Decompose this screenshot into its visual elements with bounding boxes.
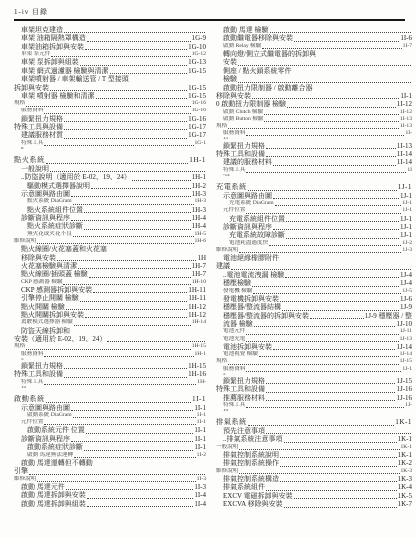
toc-entry: 鎖緊扭力規格1I-13	[216, 142, 412, 150]
document-page: 1-iv 目錄 車架坦克建造車架 油箱隔熱罩構造1G-9車架油箱拆卸與安裝1G-…	[0, 0, 416, 538]
toc-entry: 車架 噴射器 檢驗和清潔1G-15	[14, 92, 206, 100]
toc-entry-title: 車架 泵拆卸與組裝	[21, 58, 79, 66]
toc-entry-title: 特殊工具與設備	[14, 123, 63, 131]
toc-entry-title: 引擎停止開關 檢驗	[21, 294, 79, 302]
toc-entry: 無火花或火花不良1H-5	[14, 231, 206, 238]
dot-leader	[284, 442, 397, 443]
toc-page-number: 1I-13	[400, 123, 412, 130]
toc-entry: 流器 檢驗1J-10	[216, 320, 412, 328]
toc-page-number: 1H-5	[195, 231, 207, 238]
toc-page-number: 1H-15	[188, 362, 206, 370]
toc-entry: 啟動系統 DiaGram1I-1	[14, 412, 206, 419]
toc-entry-title: 推薦服務材料	[223, 394, 265, 402]
toc-entry: 車架 泵元件1G-12	[14, 51, 206, 58]
toc-entry: 維修說明1H-6	[14, 238, 206, 245]
toc-entry: 特殊工具與設備1G-17	[14, 123, 206, 131]
dot-leader	[238, 65, 411, 66]
toc-entry: 元件位置1J-1	[216, 207, 412, 214]
toc-entry-title: 車架 噴射器 檢驗和清潔	[21, 92, 95, 100]
dot-leader	[87, 506, 194, 507]
toc-column-right: 啟動 馬達 檢驗啟動繼電器移除與安裝1I-6啟動 Relay 檢驗1I-7轉向燈…	[216, 26, 412, 509]
toc-entry-title: 穩壓檢驗	[223, 279, 251, 287]
dot-leader	[310, 318, 364, 319]
toc-wrap-fragment: 16	[14, 386, 206, 390]
dot-leader	[51, 56, 190, 57]
toc-entry-title: ..電池電流洩漏 檢驗	[223, 271, 284, 279]
toc-entry-title: 車架油箱拆卸與安裝	[21, 43, 84, 51]
toc-entry-title: -14	[223, 174, 230, 178]
dot-leader	[246, 334, 398, 335]
toc-entry-title: 啟動 Button 檢驗	[223, 116, 263, 123]
dot-leader	[252, 98, 399, 99]
toc-page-number: 1K-3	[401, 468, 413, 475]
toc-entry: 充電系統故障診斷1J-1	[216, 231, 412, 239]
toc-entry-title: 服務資料	[21, 108, 43, 115]
toc-entry-title: EXCV 電磁拆卸與安裝	[223, 492, 293, 500]
toc-entry: 元件位置1I-1	[14, 419, 206, 426]
toc-entry-title: 特殊工具和設備	[14, 370, 63, 378]
toc-page-number: 1H-1	[195, 351, 207, 358]
toc-page-number: 1H-16	[188, 370, 206, 378]
toc-page-number: 1J-1	[402, 200, 412, 207]
toc-entry: 點火線圈/火花塞蓋和火花塞	[14, 245, 206, 253]
toc-entry-title: 規格	[14, 100, 25, 107]
toc-page-number: 1J-1	[398, 183, 412, 192]
toc-entry-title: 啟動 馬達運轉但不轉動	[21, 459, 93, 467]
toc-entry: 車架 泵拆卸與組裝1G-13	[14, 58, 206, 66]
toc-entry: 啟動 馬達元件1I-3	[14, 483, 206, 491]
toc-entry-title: 啟動 馬達無法運轉	[27, 452, 73, 459]
toc-entry: 推薦服務材料1J-16	[216, 394, 412, 402]
toc-entry-title: 移除與安裝	[21, 254, 56, 262]
toc-page-number: 1H-15	[192, 343, 206, 350]
dot-leader	[64, 368, 187, 369]
toc-entry: 特殊工具和設備1J-16	[216, 385, 412, 393]
toc-page-number: 1H-7	[192, 262, 206, 270]
toc-entry-title: 啟動系統 DiaGram	[27, 412, 72, 419]
toc-entry-title: 服務資料	[223, 130, 245, 137]
toc-entry-title: 充電系統 DiaGram	[229, 200, 274, 207]
toc-entry-title: 診斷資訊與程序	[21, 435, 70, 443]
toc-page-number: 1H	[197, 254, 206, 262]
toc-page-number: 1I-1	[197, 419, 206, 426]
toc-entry-title: 無火花或火花不良	[27, 231, 72, 238]
toc-page-number: 1G-12	[192, 51, 206, 58]
toc-entry: 一般說明1K-1	[216, 444, 412, 451]
toc-entry-title: 16	[223, 409, 228, 413]
toc-entry: 啟動系統症狀診斷1I-1	[14, 443, 206, 451]
dot-leader	[84, 450, 193, 451]
toc-entry: 轉向燈/側立式繼電器的拆卸與	[216, 50, 412, 58]
dot-leader	[246, 371, 401, 372]
toc-entry: 點火系統組件位置1H-3	[14, 206, 206, 214]
toc-entry-title: 點火開關 檢驗	[21, 303, 65, 311]
toc-entry-title: 鎖緊扭力規格	[223, 142, 265, 150]
toc-entry: 引擎	[14, 467, 206, 475]
dot-leader	[71, 220, 191, 221]
toc-entry: EXCV 電磁拆卸與安裝1K-5	[216, 492, 412, 500]
dot-leader	[253, 293, 401, 294]
toc-entry-title: 移除與安裝	[216, 92, 251, 100]
toc-entry-title: 車架坦克建造	[21, 26, 63, 34]
dot-leader	[228, 128, 399, 129]
dot-leader	[273, 165, 396, 166]
dot-leader	[280, 481, 397, 482]
toc-entry: 點火開關 檢驗1H-12	[14, 303, 206, 311]
dot-leader	[74, 325, 191, 326]
dot-leader	[44, 424, 195, 425]
toc-page-number: 1K-5	[398, 492, 412, 500]
toc-entry: 維修說明1K-3	[216, 468, 412, 475]
toc-entry: 規格1G-16	[14, 100, 206, 107]
dot-leader	[44, 145, 193, 146]
toc-entry-title: EXCVA 移除與安裝	[223, 500, 283, 508]
toc-entry: 啟動 馬達拆卸與安裝1I-4	[14, 491, 206, 499]
toc-entry: 鎖緊扭力規格1H-15	[14, 362, 206, 370]
toc-entry: 車架坦克建造	[14, 26, 206, 34]
toc-page-number: 1I-14	[397, 158, 412, 166]
toc-entry: 建議	[216, 262, 412, 270]
dot-leader	[84, 212, 191, 213]
dot-leader	[73, 417, 196, 418]
toc-entry: 車架油箱拆卸與安裝1G-10	[14, 43, 206, 51]
toc-entry-title: 車架 油箱隔熱罩構造	[21, 34, 86, 42]
dot-leader	[228, 364, 398, 365]
toc-entry-title: 啟動系統	[14, 395, 45, 404]
toc-page-number: 1I-12	[400, 109, 412, 116]
toc-entry: 車架 油箱隔熱罩構造1G-9	[14, 34, 206, 42]
toc-page-number: 1H-10	[192, 279, 206, 286]
toc-entry: 檢驗	[216, 75, 412, 83]
toc-page-number: 1G-16	[188, 115, 206, 123]
toc-entry-title: 車架噴射器 / 車架輸送管 / T 型接頭	[21, 75, 129, 83]
toc-page-number: 1I	[407, 167, 412, 174]
toc-entry-title: 啟動 馬達拆卸與安裝	[21, 491, 86, 499]
toc-entry-title: 特殊工具	[21, 379, 43, 386]
toc-entry: 規格1I-13	[216, 123, 412, 130]
toc-entry-title: 側座 / 點火鎖系統零件	[223, 67, 291, 75]
toc-entry: 示意圖與路由圖1H-3	[14, 190, 206, 198]
toc-entry-title: 啟動 馬達元件	[21, 483, 65, 491]
toc-entry-title: 電池絕緣橡膠附件	[223, 254, 279, 262]
toc-entry: 啟動系統元件 位置1I-1	[14, 426, 206, 434]
dot-leader	[84, 229, 191, 230]
toc-entry: 移除與安裝1I-1	[216, 92, 412, 100]
toc-entry-title: 排氣控制系統構造	[223, 475, 279, 483]
dot-leader	[85, 49, 187, 50]
toc-entry-title: 維修說明	[14, 476, 36, 483]
toc-page-number: 1J-	[405, 402, 412, 409]
toc-entry-title: 啟動系統元件 位置	[27, 426, 85, 434]
toc-entry-title: 元件位置	[223, 207, 245, 214]
toc-page-number: 1H-14	[192, 319, 206, 326]
dot-leader	[294, 498, 397, 499]
toc-entry: 特殊工具1J-	[216, 402, 412, 409]
toc-entry: 穩壓器/整流器結構1J-9	[216, 303, 412, 311]
toc-entry: 規格1J-15	[216, 358, 412, 365]
toc-entry: 充電系統 DiaGram1J-1	[216, 200, 412, 207]
dot-leader	[37, 481, 195, 482]
toc-entry-title: 特殊工具	[223, 167, 245, 174]
dot-leader	[273, 349, 395, 350]
dot-leader	[87, 498, 194, 499]
toc-entry: 特殊工具和設備1I-14	[216, 150, 412, 158]
toc-entry: 充電系統組件位置1J-1	[216, 215, 412, 223]
toc-page-number: 1G-17	[188, 131, 206, 139]
toc-entry: 服務資料1J-1	[216, 366, 412, 373]
toc-entry-title: 流器 檢驗	[223, 320, 253, 328]
dot-leader	[85, 317, 187, 318]
toc-entry-title: 16	[21, 386, 26, 390]
dot-leader	[246, 341, 398, 342]
toc-entry-title: 元件位置	[21, 419, 43, 426]
dot-leader	[286, 221, 399, 222]
dot-leader	[239, 252, 401, 253]
dot-leader	[89, 277, 191, 278]
toc-page-number: 1J-9 穩壓器 / 整	[365, 312, 412, 320]
toc-entry: 啟動繼電器移除與安裝1I-6	[216, 34, 412, 42]
toc-entry-title: 鎖緊扭力規格	[21, 115, 63, 123]
dot-leader	[71, 441, 193, 442]
toc-page-number: 1J-9	[400, 303, 412, 311]
dot-leader	[26, 349, 191, 350]
dot-leader	[266, 383, 395, 384]
toc-entry: 穩壓檢驗1J-4	[216, 279, 412, 287]
toc-entry-title: 電池充電	[223, 336, 245, 343]
toc-page-number: 1I-1	[194, 426, 206, 434]
header-rule-divider	[14, 19, 405, 21]
toc-entry-title: 點火系統	[14, 156, 45, 165]
toc-entry-title: 安裝	[223, 58, 237, 66]
toc-page-number: 1G-10	[188, 43, 206, 51]
toc-entry-title: 充電系統組件位置	[229, 215, 285, 223]
dot-leader	[96, 98, 188, 99]
dot-leader	[87, 41, 191, 42]
toc-entry-title: 發電機 檢驗	[223, 288, 252, 295]
toc-page-number: 1H-1	[189, 156, 206, 165]
toc-page-number: 1H-3	[195, 198, 207, 205]
toc-entry-title: 啟動 Clutch 檢驗	[223, 109, 263, 116]
toc-entry-title: 建議服務材質	[21, 131, 63, 139]
toc-entry-title: 轉向燈/側立式繼電器的拆卸與	[223, 50, 316, 58]
toc-page-number: 1J-2	[402, 240, 412, 247]
toc-page-number: 1H-1	[192, 173, 206, 181]
toc-entry: 駕駛模式選擇器 檢驗1H-14	[14, 319, 206, 326]
toc-page-number: 1I-13	[397, 142, 412, 150]
toc-page-number: 1J-4	[400, 271, 412, 279]
dot-leader	[80, 301, 188, 302]
toc-page-number: 1I-1	[400, 92, 412, 100]
dot-leader	[273, 229, 399, 230]
toc-entry-title: 排氣控制系統操作	[223, 459, 279, 467]
dot-leader	[286, 238, 399, 239]
toc-entry-title: 排氣控制系統說明	[223, 451, 279, 459]
toc-entry-title: 排氣系統組件	[223, 483, 265, 491]
toc-page-number: 1G-15	[188, 67, 206, 75]
dot-leader	[259, 356, 399, 357]
toc-page-number: 1H-12	[188, 311, 206, 319]
toc-entry-title: 一般說明	[21, 165, 49, 173]
dot-leader	[246, 213, 401, 214]
toc-entry-title: 點火系統組件位置	[27, 206, 83, 214]
toc-page-number: 1J-1	[402, 366, 412, 373]
toc-entry: 拆卸與安裝1G-15	[14, 84, 206, 92]
toc-entry-title: 電池耗盡過度快	[229, 240, 268, 247]
dot-leader	[64, 32, 205, 33]
dot-leader	[280, 457, 397, 458]
toc-entry: 防盜天線拆卸和	[14, 327, 206, 335]
toc-page-number: 1G-9	[192, 34, 206, 42]
toc-entry-title: 一般說明	[216, 444, 238, 451]
toc-entry-title: 充電系統故障診斷	[229, 231, 285, 239]
toc-page-number: 1J-15	[396, 377, 412, 385]
dot-leader	[44, 384, 196, 385]
dot-leader	[110, 73, 188, 74]
toc-entry-title: 特殊工具	[223, 402, 245, 409]
toc-page-number: 1I-6	[400, 34, 412, 42]
toc-entry-title: 診斷資訊與程序	[21, 214, 70, 222]
toc-entry-title: 鎖緊扭力規格	[21, 362, 63, 370]
toc-entry-title: 建議的服務材料	[223, 158, 272, 166]
toc-entry-title: 電池視覺 檢驗	[223, 351, 258, 358]
dot-leader	[270, 32, 412, 33]
toc-entry-title: 啟動 馬達拆卸與組裝	[21, 500, 86, 508]
dot-leader	[248, 425, 394, 426]
toc-entry-title: 啟動 Relay 檢驗	[223, 43, 261, 50]
toc-entry: 示意圖與路由圖1I-1	[14, 404, 206, 412]
toc-page-number: 1K-2	[398, 459, 412, 467]
dot-leader	[248, 190, 397, 191]
toc-page-number: 1I-1	[194, 404, 206, 412]
toc-page-number: 1J-15	[400, 358, 412, 365]
toc-section-header: 啟動系統1I-1	[14, 395, 206, 404]
dot-leader	[73, 236, 194, 237]
dot-leader	[239, 449, 399, 450]
toc-entry-title: 預先注意事項	[223, 427, 265, 435]
toc-page-number: 1I-14	[397, 150, 412, 158]
toc-page-number: 1G-15	[188, 84, 206, 92]
dot-leader	[71, 196, 191, 197]
toc-entry: 特殊工具1G-1	[14, 140, 206, 147]
toc-column-left: 車架坦克建造車架 油箱隔熱罩構造1G-9車架油箱拆卸與安裝1G-10車架 泵元件…	[14, 26, 206, 509]
toc-entry: EXCVA 移除與安裝1K-7	[216, 500, 412, 508]
toc-entry-title: 建議	[216, 262, 230, 270]
toc-page-number: 1K-4	[398, 483, 412, 491]
toc-page-number: 1K-3	[398, 475, 412, 483]
dot-leader	[107, 341, 205, 342]
toc-entry: 車架 網式過濾器 檢驗與清潔1G-15	[14, 67, 206, 75]
dot-leader	[280, 466, 397, 467]
toc-entry: 側座 / 點火鎖系統零件	[216, 67, 412, 75]
toc-entry-title: 特殊工具和設備	[216, 385, 265, 393]
toc-entry: 點火開關拆卸與安裝1H-12	[14, 311, 206, 319]
toc-page-number: 1H-	[197, 379, 206, 386]
toc-entry: 啟動 Button 檢驗1I-13	[216, 116, 412, 123]
dot-leader	[252, 286, 399, 287]
toc-entry-title: 車架 網式過濾器 檢驗與清潔	[21, 67, 109, 75]
toc-page-number: 1I-4	[194, 500, 206, 508]
toc-entry: 啟動 馬達無法運轉1I-2	[14, 452, 206, 459]
toc-page-number: 1H-2	[192, 182, 206, 190]
toc-page-number: 1J-10	[396, 320, 412, 328]
toc-entry: 建議服務材質1G-17	[14, 131, 206, 139]
toc-page-number: 1G-1	[195, 140, 207, 147]
toc-page-number: 1I-1	[192, 395, 206, 404]
toc-entry: 0 啟動扭力限制器 檢驗1I-12	[216, 100, 412, 108]
toc-entry-title: 車架 泵元件	[21, 51, 50, 58]
dot-leader	[246, 135, 404, 136]
toc-entry: 移除與安裝1H	[14, 254, 206, 262]
toc-entry: 點火線圈/插頭蓋 檢驗1H-7	[14, 270, 206, 278]
toc-entry: 啟動 馬達拆卸與組裝1I-4	[14, 500, 206, 508]
toc-entry: CKP 感測器拆卸與安裝1H-11	[14, 286, 206, 294]
toc-page-number: 1H-4	[192, 214, 206, 222]
toc-entry-title: 點火系統 DiaGram	[27, 198, 72, 205]
dot-leader	[66, 309, 187, 310]
dot-leader	[280, 301, 399, 302]
toc-page-number: 1J-1	[400, 231, 412, 239]
toc-entry-title: 服務資料	[21, 351, 43, 358]
dot-leader	[231, 269, 411, 270]
toc-page-number: 1J-11	[400, 328, 412, 335]
toc-entry: 啟動 Relay 檢驗1I-7	[216, 43, 412, 50]
toc-entry: 服務資料1H-1	[14, 351, 206, 358]
dot-leader	[254, 326, 396, 327]
dot-leader	[78, 268, 191, 269]
dot-leader	[266, 400, 395, 401]
toc-page-number: 1J-1	[400, 215, 412, 223]
toc-entry-title: 點火線圈/插頭蓋 檢驗	[21, 270, 88, 278]
dot-leader	[273, 198, 399, 199]
toc-page-number: 1I-2	[197, 452, 206, 459]
dot-leader	[287, 107, 396, 108]
dot-leader	[26, 106, 191, 107]
toc-entry-title: ..防盜說明（適用於 E-02、19、24）	[21, 173, 131, 181]
toc-entry: 診斷資訊與程序1I-1	[14, 435, 206, 443]
toc-page-number: 1K-1	[395, 418, 412, 427]
toc-entry-title: 發電機拆卸與安裝	[223, 295, 279, 303]
toc-entry: 特殊工具1I	[216, 167, 412, 174]
toc-page-number: 1J-6	[400, 295, 412, 303]
toc-entry-title: 啟動扭力限制器 / 啟動離合器	[223, 84, 312, 92]
toc-entry: 排氣控制系統說明1K-1	[216, 451, 412, 459]
dot-leader	[284, 507, 397, 508]
toc-entry: 啟動 馬達 檢驗	[216, 26, 412, 34]
toc-page-number: 1H-4	[192, 222, 206, 230]
toc-entry: 點火系統 DiaGram1H-3	[14, 198, 206, 205]
toc-wrap-fragment: 8	[14, 147, 206, 151]
toc-entry: 啟動扭力限制器 / 啟動離合器	[216, 84, 412, 92]
toc-entry-title: 穩壓器/整流器結構	[223, 303, 281, 311]
toc-entry-title: 示意圖與路由圖	[223, 192, 272, 200]
toc-entry-title: 檢驗	[223, 75, 237, 83]
toc-entry-title: 防盜天線拆卸和	[21, 327, 70, 335]
dot-leader	[269, 245, 401, 246]
toc-entry: 發電機 檢驗1J-5	[216, 288, 412, 295]
dot-leader	[294, 41, 399, 42]
toc-entry-title: 點火線圈/火花塞蓋和火花塞	[21, 245, 107, 253]
dot-leader	[64, 377, 187, 378]
dot-leader	[285, 277, 399, 278]
toc-entry-title: 8	[21, 147, 24, 151]
dot-leader	[239, 473, 399, 474]
toc-entry: 建議的服務材料1I-14	[216, 158, 412, 166]
toc-entry: 啟動 Clutch 檢驗1I-12	[216, 109, 412, 116]
toc-entry: 排氣系統組件1K-4	[216, 483, 412, 491]
toc-entry-title: 0 啟動扭力限制器 檢驗	[216, 100, 286, 108]
toc-entry-title: 驅動模式選擇器說明	[27, 182, 90, 190]
dot-leader	[64, 121, 187, 122]
